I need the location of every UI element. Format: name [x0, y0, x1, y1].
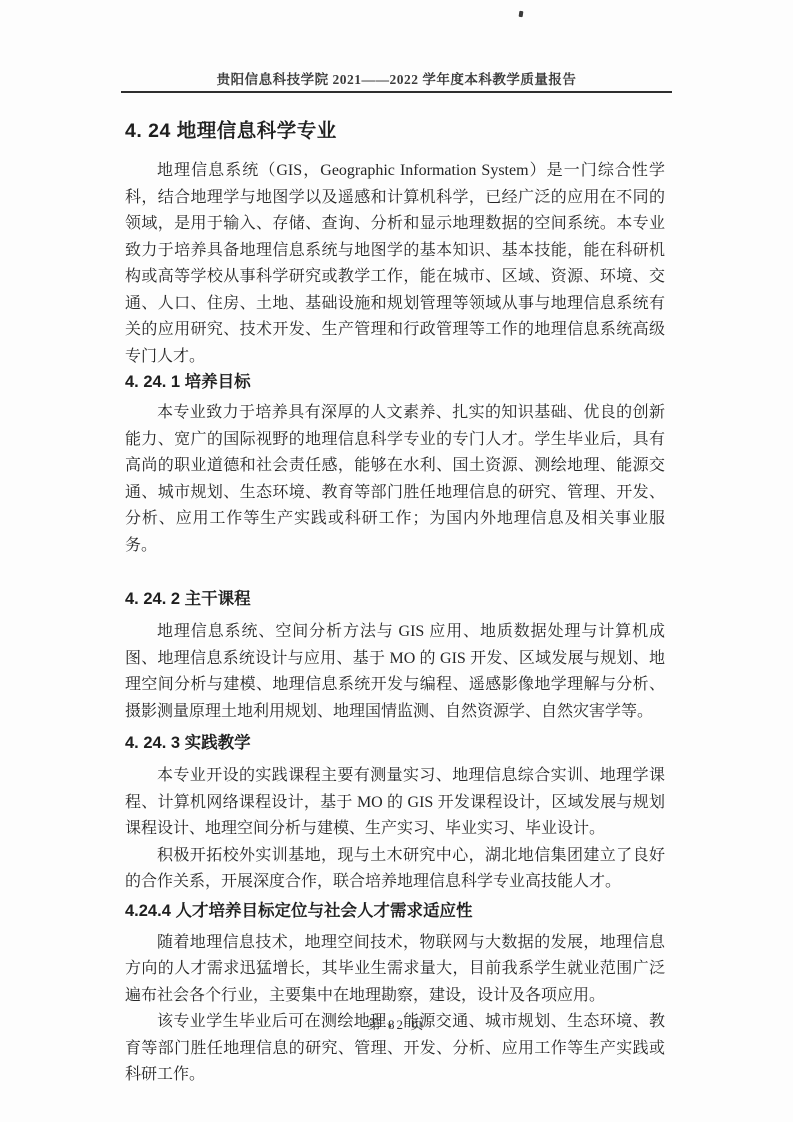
subsection-heading-training-objectives: 4. 24. 1 培养目标: [125, 370, 665, 394]
subsection-heading-practical-teaching: 4. 24. 3 实践教学: [125, 731, 665, 755]
document-content: 4. 24 地理信息科学专业 地理信息系统（GIS，Geographic Inf…: [125, 117, 665, 1089]
document-page: 贵阳信息科技学院 2021——2022 学年度本科教学质量报告 4. 24 地理…: [0, 0, 793, 1122]
scan-artifact-speck: [519, 11, 524, 17]
core-courses-paragraph: 地理信息系统、空间分析方法与 GIS 应用、地质数据处理与计算机成图、地理信息系…: [125, 619, 665, 725]
section-title: 4. 24 地理信息科学专业: [125, 117, 665, 145]
subsection-heading-talent-demand: 4.24.4 人才培养目标定位与社会人才需求适应性: [125, 899, 665, 923]
practical-teaching-paragraph-2: 积极开拓校外实训基地，现与土木研究中心，湖北地信集团建立了良好的合作关系，开展深…: [125, 843, 665, 896]
intro-paragraph: 地理信息系统（GIS，Geographic Information System…: [125, 158, 665, 370]
talent-demand-paragraph-1: 随着地理信息技术，地理空间技术，物联网与大数据的发展，地理信息方向的人才需求迅猛…: [125, 930, 665, 1010]
practical-teaching-paragraph-1: 本专业开设的实践课程主要有测量实习、地理信息综合实训、地理学课程、计算机网络课程…: [125, 763, 665, 843]
training-objectives-paragraph: 本专业致力于培养具有深厚的人文素养、扎实的知识基础、优良的创新能力、宽广的国际视…: [125, 400, 665, 559]
page-number: 第 82 页: [368, 1017, 426, 1032]
running-header-title: 贵阳信息科技学院 2021——2022 学年度本科教学质量报告: [122, 70, 671, 90]
page-header: 贵阳信息科技学院 2021——2022 学年度本科教学质量报告: [122, 70, 671, 90]
subsection-heading-core-courses: 4. 24. 2 主干课程: [125, 587, 665, 611]
page-footer: 第 82 页: [0, 1016, 793, 1034]
header-rule: [121, 91, 672, 93]
